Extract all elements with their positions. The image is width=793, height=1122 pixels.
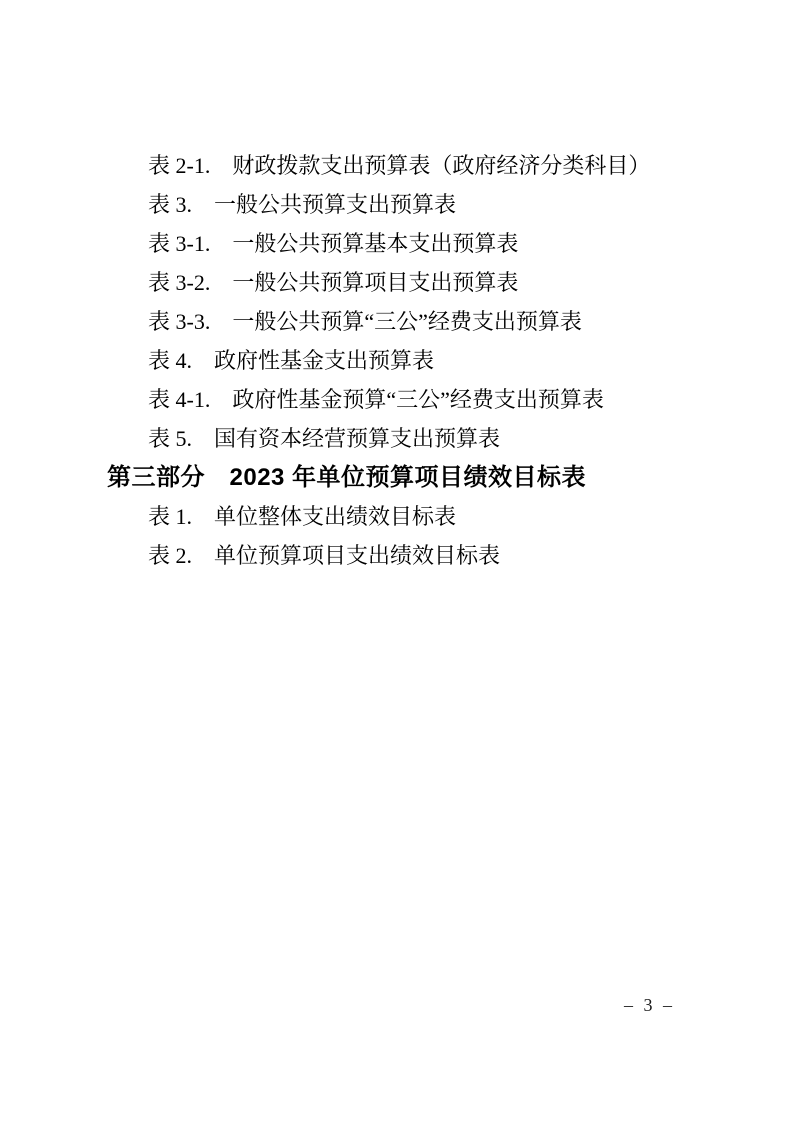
toc-entry-table-3-2: 表 3-2. 一般公共预算项目支出预算表 bbox=[0, 263, 793, 302]
toc-entry-table-3-1: 表 3-1. 一般公共预算基本支出预算表 bbox=[0, 224, 793, 263]
table-of-contents: 表 2-1. 财政拨款支出预算表（政府经济分类科目） 表 3. 一般公共预算支出… bbox=[0, 146, 793, 575]
toc-entry-table-4-1: 表 4-1. 政府性基金预算“三公”经费支出预算表 bbox=[0, 380, 793, 419]
toc-entry-table-3: 表 3. 一般公共预算支出预算表 bbox=[0, 185, 793, 224]
document-page: 表 2-1. 财政拨款支出预算表（政府经济分类科目） 表 3. 一般公共预算支出… bbox=[0, 0, 793, 1122]
toc-entry-table-2-1: 表 2-1. 财政拨款支出预算表（政府经济分类科目） bbox=[0, 146, 793, 185]
page-number: – 3 – bbox=[624, 995, 672, 1016]
toc-entry-table-3-3: 表 3-3. 一般公共预算“三公”经费支出预算表 bbox=[0, 302, 793, 341]
toc-entry-table-5: 表 5. 国有资本经营预算支出预算表 bbox=[0, 419, 793, 458]
toc-entry-table-4: 表 4. 政府性基金支出预算表 bbox=[0, 341, 793, 380]
toc-entry-table-2: 表 2. 单位预算项目支出绩效目标表 bbox=[0, 536, 793, 575]
section-heading-part-3: 第三部分 2023 年单位预算项目绩效目标表 bbox=[0, 458, 793, 497]
toc-entry-table-1: 表 1. 单位整体支出绩效目标表 bbox=[0, 497, 793, 536]
